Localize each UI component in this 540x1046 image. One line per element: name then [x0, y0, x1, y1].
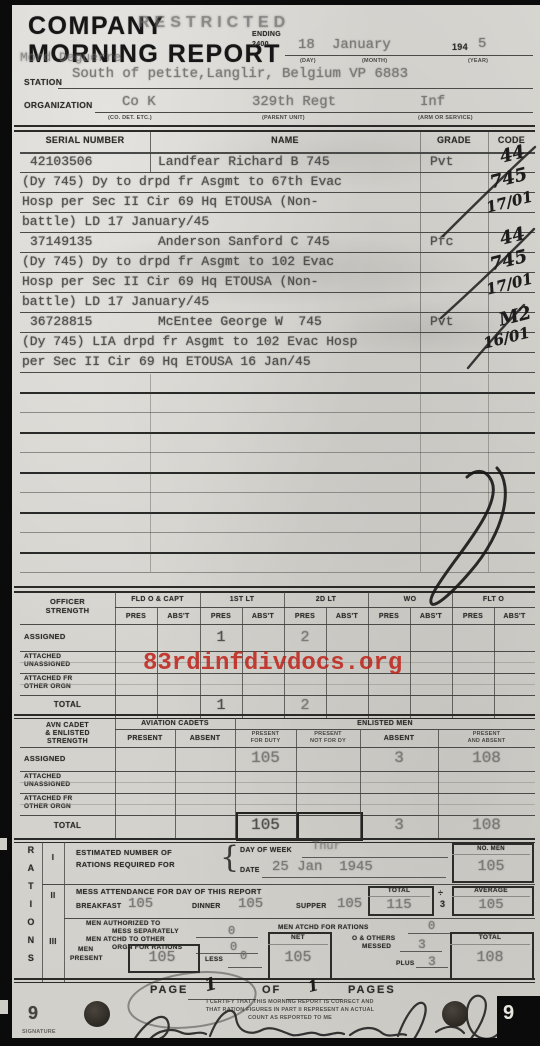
subcol-present-not-for-dy: PRESENT — [296, 732, 360, 738]
group-flt-o: FLT O — [452, 596, 535, 603]
rations-letter: I — [24, 900, 38, 909]
mess-separately-value: 0 — [228, 925, 235, 937]
net-value: 105 — [268, 950, 328, 965]
entry-serial: 37149135 — [30, 235, 92, 248]
plus-label: PLUS — [396, 961, 415, 968]
supper-value: 105 — [337, 897, 362, 911]
edge-mark-left: 9 — [28, 1004, 38, 1022]
group-1st-lt: 1ST LT — [200, 596, 284, 603]
org-parent-value: 329th Regt — [252, 95, 336, 109]
day-sublabel: (DAY) — [300, 59, 316, 65]
org-unit-value: Co K — [122, 95, 156, 109]
scan-border-left — [0, 0, 12, 1046]
mess-separately-label: MESS SEPARATELY — [112, 929, 179, 936]
date-year-value: 5 — [478, 37, 486, 51]
ghost-previous-entry: Mord Deguerre — [20, 51, 121, 64]
less-label: LESS — [205, 957, 223, 964]
org-parent-sublabel: (PARENT UNIT) — [262, 116, 305, 122]
page-label: PAGE — [150, 985, 188, 996]
punch-hole — [442, 1001, 468, 1027]
row-attached-fr: ATTACHED FR — [24, 796, 73, 803]
group-2d-lt: 2D LT — [284, 596, 368, 603]
of-label: OF — [262, 985, 281, 996]
entry-grade: Pvt — [430, 155, 453, 168]
certification-line: COUNT AS REPORTED TO ME — [145, 1016, 435, 1022]
row-attached-unassigned: ATTACHED — [24, 654, 61, 661]
no-men-label: NO. MEN — [452, 846, 530, 852]
entry-remark: Hosp per Sec II Cir 69 Hq ETOUSA (Non- — [22, 195, 318, 208]
section-i: I — [44, 854, 62, 862]
section-iii: III — [44, 938, 62, 946]
subcol-absent-em: ABSENT — [360, 735, 438, 742]
restricted-stamp: RESTRICTED — [138, 15, 290, 31]
edge-notch — [0, 1000, 8, 1014]
group-wo: WO — [368, 596, 452, 603]
subcol-abst: ABS'T — [242, 613, 284, 620]
organization-label: ORGANIZATION — [24, 101, 93, 110]
men-present-label: MEN — [78, 947, 93, 954]
pages-label: PAGES — [348, 985, 396, 996]
website-watermark: 83rdinfdivdocs.org — [143, 650, 402, 677]
group-fldo-capt: FLD O & CAPT — [115, 596, 200, 603]
subcol-present-for-duty: FOR DUTY — [235, 739, 296, 745]
ending-label: ENDING — [252, 31, 281, 38]
enlisted-stub: AVN CADET — [20, 722, 115, 729]
officer-total-2lt-pres: 2 — [284, 698, 326, 713]
men-present-label: PRESENT — [70, 956, 103, 963]
average-value: 105 — [452, 898, 530, 912]
rations-letter: S — [24, 954, 38, 963]
em-total-present-and-absent: 108 — [438, 817, 535, 833]
subcol-present-and-absent: PRESENT — [438, 732, 535, 738]
org-unit-sublabel: (CO. DET. ETC.) — [108, 116, 152, 122]
entry-remark: Hosp per Sec II Cir 69 Hq ETOUSA (Non- — [22, 275, 318, 288]
meals-total-value: 115 — [368, 898, 430, 912]
atchd-for-rations-value: 0 — [428, 920, 435, 932]
subcol-pres: PRES — [284, 613, 326, 620]
row-assigned: ASSIGNED — [24, 755, 66, 763]
em-total-present-for-duty: 105 — [236, 817, 295, 833]
brace: { — [220, 840, 239, 875]
org-arm-sublabel: (ARM OR SERVICE) — [418, 116, 473, 122]
org-arm-value: Inf — [420, 95, 445, 109]
subcol-abst: ABS'T — [326, 613, 368, 620]
atchd-other-orgn-value: 0 — [230, 941, 237, 953]
station-value: South of petite,Langlir, Belgium VP 6883 — [72, 67, 408, 81]
less-value: 0 — [240, 950, 247, 962]
subcol-pres: PRES — [368, 613, 410, 620]
subcol-abst: ABS'T — [410, 613, 452, 620]
entry-name: Landfear Richard B 745 — [158, 155, 330, 168]
year-printed: 194 — [452, 43, 468, 52]
enlisted-stub: & ENLISTED — [20, 730, 115, 737]
entry-remark: (Dy 745) Dy to drpd fr Asgmt to 102 Evac — [22, 255, 334, 268]
subcol-present-for-duty: PRESENT — [235, 732, 296, 738]
entry-remark: battle) LD 17 January/45 — [22, 215, 209, 228]
rations-required-label: ESTIMATED NUMBER OF — [76, 849, 172, 857]
group-aviation-cadets: AVIATION CADETS — [115, 720, 235, 727]
row-total: TOTAL — [20, 822, 115, 830]
officer-strength-stub: STRENGTH — [20, 607, 115, 615]
no-men-value: 105 — [452, 859, 530, 874]
subcol-abst: ABS'T — [157, 613, 200, 620]
subcol-present-and-absent: AND ABSENT — [438, 739, 535, 745]
month-sublabel: (MONTH) — [362, 59, 387, 65]
group-enlisted-men: ENLISTED MEN — [235, 720, 535, 727]
subcol-pres: PRES — [115, 613, 157, 620]
enlisted-stub: STRENGTH — [20, 738, 115, 745]
dinner-value: 105 — [238, 897, 263, 911]
date-month-value: January — [332, 38, 391, 52]
grand-total-label: TOTAL — [450, 935, 530, 942]
ending-time: 2400 — [252, 41, 269, 48]
subcol-pres: PRES — [200, 613, 242, 620]
day-of-week-value: Thur — [312, 840, 341, 852]
officer-strength-stub: OFFICER — [20, 598, 115, 606]
entry-remark: battle) LD 17 January/45 — [22, 295, 209, 308]
rations-letter: R — [24, 846, 38, 855]
grand-total-value: 108 — [450, 950, 530, 965]
rations-required-label: RATIONS REQUIRED FOR — [76, 861, 175, 869]
subcol-pres: PRES — [452, 613, 494, 620]
subcol-present: PRESENT — [115, 735, 175, 742]
rations-letter: N — [24, 936, 38, 945]
officer-total-1lt-pres: 1 — [200, 698, 242, 713]
others-messed-value: 3 — [418, 938, 426, 951]
col-grade: GRADE — [420, 136, 488, 145]
officer-assigned-1lt-pres: 1 — [200, 630, 242, 645]
entry-serial: 36728815 — [30, 315, 92, 328]
net-label: NET — [268, 935, 328, 942]
col-name: NAME — [150, 136, 420, 145]
supper-label: SUPPER — [296, 903, 327, 910]
men-present-value: 105 — [128, 950, 196, 965]
signature-label: SIGNATURE — [22, 1030, 56, 1036]
rations-letter: T — [24, 882, 38, 891]
station-label: STATION — [24, 78, 62, 87]
entry-remark: per Sec II Cir 69 Hq ETOUSA 16 Jan/45 — [22, 355, 311, 368]
breakfast-value: 105 — [128, 897, 153, 911]
others-messed-label: MESSED — [362, 944, 391, 951]
rations-letter: A — [24, 864, 38, 873]
atchd-other-orgn-label: MEN ATCHD TO OTHER — [86, 937, 165, 944]
rations-letter: O — [24, 918, 38, 927]
edge-notch — [0, 838, 7, 850]
section-ii: II — [44, 892, 62, 900]
scan-border-top — [0, 0, 540, 5]
day-of-week-label: DAY OF WEEK — [240, 847, 292, 854]
year-sublabel: (YEAR) — [468, 59, 488, 65]
entry-serial: 42103506 — [30, 155, 92, 168]
atchd-for-rations-label: MEN ATCHD FOR RATIONS — [278, 925, 369, 932]
meals-total-label: TOTAL — [368, 888, 430, 895]
date-label: DATE — [240, 867, 260, 874]
punch-hole — [84, 1001, 110, 1027]
row-total: TOTAL — [20, 701, 115, 709]
entry-name: McEntee George W 745 — [158, 315, 322, 328]
em-assigned-present-and-absent: 108 — [438, 750, 535, 766]
row-attached-fr: ATTACHED FR — [24, 676, 73, 683]
entry-grade: Pfc — [430, 235, 453, 248]
entry-name: Anderson Sanford C 745 — [158, 235, 330, 248]
mess-separately-label: MEN AUTHORIZED TO — [86, 921, 160, 928]
others-messed-label: O & OTHERS — [352, 936, 395, 943]
scan-border-bottom — [0, 1038, 540, 1046]
em-assigned-absent: 3 — [360, 750, 438, 766]
entry-remark: (Dy 745) Dy to drpd fr Asgmt to 67th Eva… — [22, 175, 342, 188]
date-day-value: 18 — [298, 38, 315, 52]
row-assigned: ASSIGNED — [24, 633, 66, 641]
rations-date-value: 25 Jan 1945 — [272, 860, 373, 874]
row-attached-unassigned: ATTACHED — [24, 774, 61, 781]
subcol-abst: ABS'T — [494, 613, 535, 620]
certification-line: THAT RATION FIGURES IN PART II REPRESENT… — [145, 1008, 435, 1014]
average-label: AVERAGE — [452, 888, 530, 895]
entry-grade: Pvt — [430, 315, 453, 328]
em-assigned-present-for-duty: 105 — [235, 750, 296, 766]
mess-attendance-label: MESS ATTENDANCE FOR DAY OF THIS REPORT — [76, 888, 262, 896]
edge-mark-right: 9 — [503, 1002, 514, 1025]
morning-report-scan: COMPANY MORNING REPORT RESTRICTED ENDING… — [0, 0, 540, 1046]
dinner-label: DINNER — [192, 903, 221, 910]
certification-line: I CERTIFY THAT THIS MORNING REPORT IS CO… — [145, 1000, 435, 1006]
officer-assigned-2lt-pres: 2 — [284, 630, 326, 645]
col-serial-number: SERIAL NUMBER — [30, 136, 140, 145]
divisor: 3 — [440, 900, 445, 909]
subcol-present-not-for-dy: NOT FOR DY — [296, 739, 360, 745]
subcol-absent: ABSENT — [175, 735, 235, 742]
breakfast-label: BREAKFAST — [76, 903, 121, 910]
divide-sign: ÷ — [438, 889, 443, 898]
entry-remark: (Dy 745) LIA drpd fr Asgmt to 102 Evac H… — [22, 335, 357, 348]
em-total-absent: 3 — [360, 817, 438, 833]
